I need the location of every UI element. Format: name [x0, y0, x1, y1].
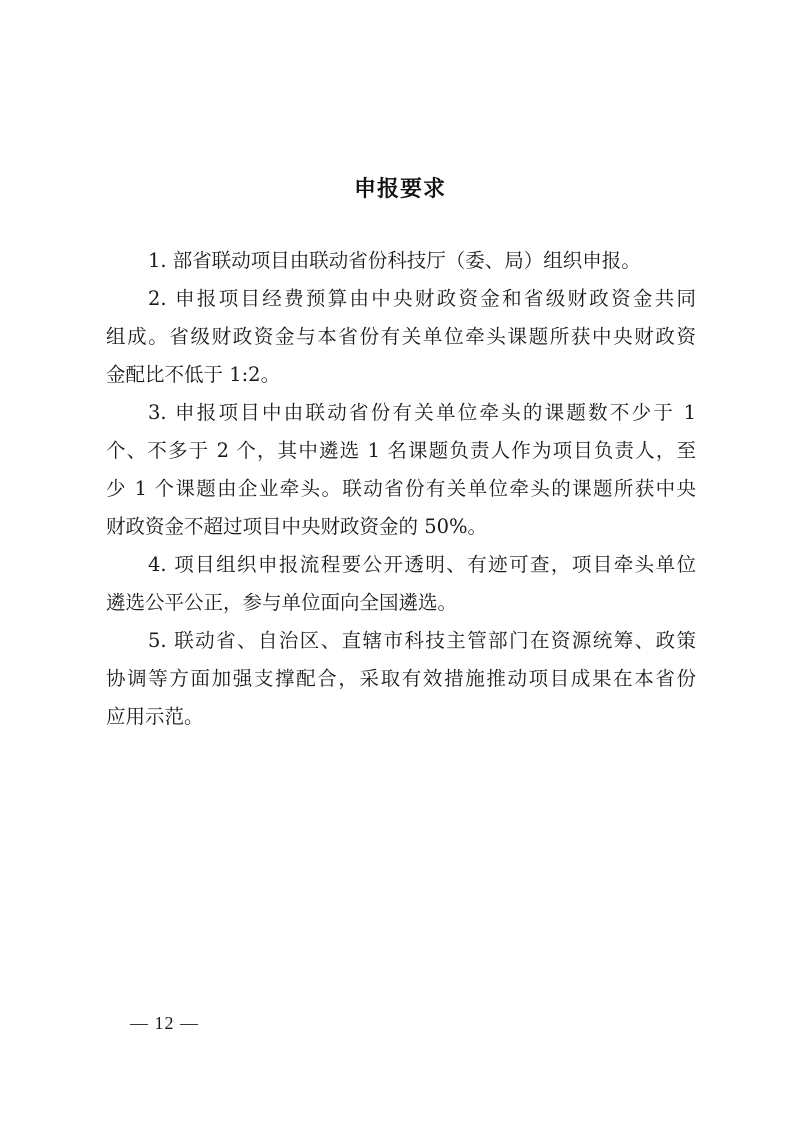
page-title: 申报要求 [0, 172, 800, 203]
document-page: 申报要求 1. 部省联动项目由联动省份科技厅（委、局）组织申报。 2. 申报项目… [0, 0, 800, 1131]
paragraph-line: 个、不多于 2 个，其中遴选 1 名课题负责人作为项目负责人，至 [106, 432, 696, 470]
paragraph-line: 1. 部省联动项目由联动省份科技厅（委、局）组织申报。 [106, 242, 696, 280]
paragraph-line: 财政资金不超过项目中央财政资金的 50%。 [106, 508, 696, 546]
paragraph-line: 金配比不低于 1:2。 [106, 356, 696, 394]
requirement-item-4: 4. 项目组织申报流程要公开透明、有迹可查，项目牵头单位 遴选公平公正，参与单位… [106, 546, 696, 622]
requirements-list: 1. 部省联动项目由联动省份科技厅（委、局）组织申报。 2. 申报项目经费预算由… [106, 242, 696, 736]
paragraph-line: 遴选公平公正，参与单位面向全国遴选。 [106, 584, 696, 622]
paragraph-line: 3. 申报项目中由联动省份有关单位牵头的课题数不少于 1 [106, 394, 696, 432]
paragraph-line: 2. 申报项目经费预算由中央财政资金和省级财政资金共同 [106, 280, 696, 318]
page-number: — 12 — [130, 1013, 199, 1034]
requirement-item-3: 3. 申报项目中由联动省份有关单位牵头的课题数不少于 1 个、不多于 2 个，其… [106, 394, 696, 546]
paragraph-line: 协调等方面加强支撑配合，采取有效措施推动项目成果在本省份 [106, 660, 696, 698]
requirement-item-1: 1. 部省联动项目由联动省份科技厅（委、局）组织申报。 [106, 242, 696, 280]
paragraph-line: 少 1 个课题由企业牵头。联动省份有关单位牵头的课题所获中央 [106, 470, 696, 508]
paragraph-line: 应用示范。 [106, 698, 696, 736]
requirement-item-5: 5. 联动省、自治区、直辖市科技主管部门在资源统筹、政策 协调等方面加强支撑配合… [106, 622, 696, 736]
paragraph-line: 5. 联动省、自治区、直辖市科技主管部门在资源统筹、政策 [106, 622, 696, 660]
paragraph-line: 组成。省级财政资金与本省份有关单位牵头课题所获中央财政资 [106, 318, 696, 356]
paragraph-line: 4. 项目组织申报流程要公开透明、有迹可查，项目牵头单位 [106, 546, 696, 584]
requirement-item-2: 2. 申报项目经费预算由中央财政资金和省级财政资金共同 组成。省级财政资金与本省… [106, 280, 696, 394]
